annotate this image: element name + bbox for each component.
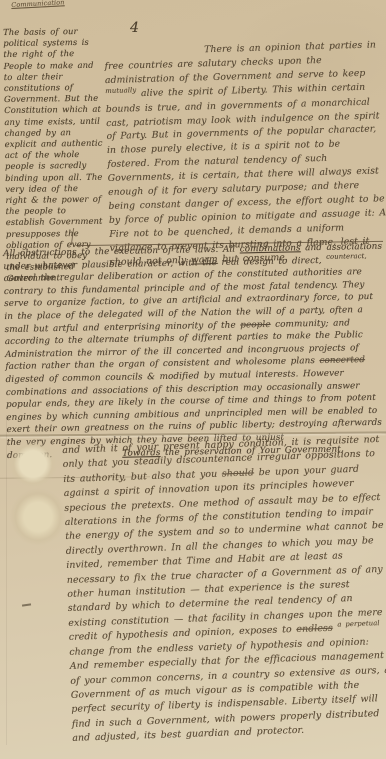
p3-struck-word: should: [222, 467, 255, 479]
p1-text: There is an opinion that parties in free…: [104, 39, 376, 85]
body-paragraph-3: and with it of your present happy condit…: [62, 433, 386, 747]
p1-text: alive the spirit of Liberty. This within…: [106, 81, 386, 267]
manuscript-paper: Communication 4 The basis of our politic…: [0, 0, 386, 759]
page-number: 4: [130, 20, 139, 36]
p3-struck-word: endless: [296, 623, 333, 635]
p2-struck-word: concerted: [319, 355, 365, 366]
archival-note: Communication: [11, 0, 65, 9]
p2-underlined-word: combinations: [240, 243, 301, 254]
p3-text: be upon your guard against a spirit of i…: [64, 463, 384, 643]
p3-text: change from the endless variety of hypot…: [69, 636, 386, 744]
water-stain-2: [10, 488, 66, 546]
manuscript-photo: Communication 4 The basis of our politic…: [0, 0, 386, 759]
p3-insertion: a perpetual: [337, 619, 380, 628]
water-stain-1: [9, 440, 57, 488]
body-paragraph-1: There is an opinion that parties in free…: [104, 38, 386, 269]
body-paragraph-2: All obstructions to the execution of the…: [3, 241, 386, 462]
p3-text: and with it of your present happy condit…: [62, 434, 379, 485]
p1-insertion: mutually: [105, 86, 136, 95]
vertical-crease: [6, 415, 7, 745]
ink-dash-mark: [22, 603, 31, 606]
p2-struck-word: people: [240, 319, 271, 330]
p2-insertion: counteract,: [326, 252, 367, 261]
